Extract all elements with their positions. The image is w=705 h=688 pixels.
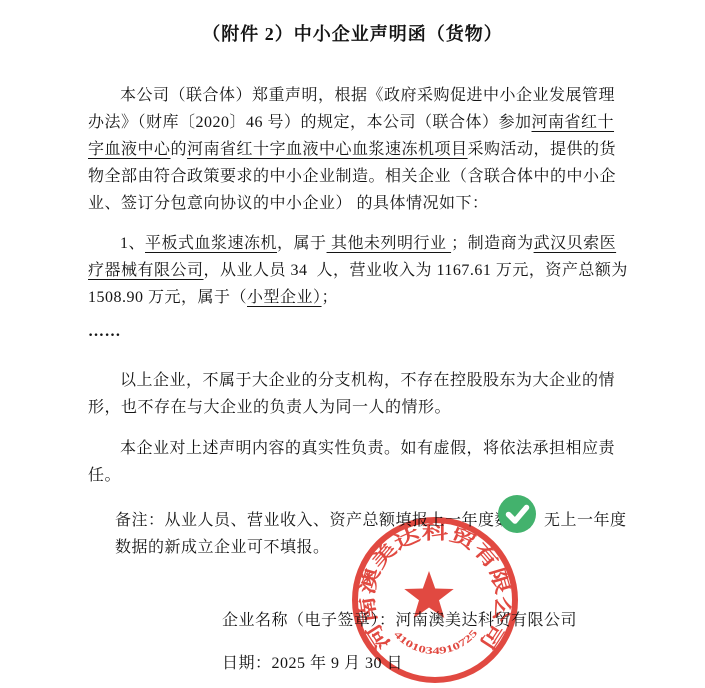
text-run: 1508.90 万元，属于（	[88, 289, 247, 306]
signature-date-line: 日期：2025 年 9 月 30 日	[222, 650, 705, 677]
text-line: 本企业对上述声明内容的真实性负责。如有虚假，将依法承担相应责	[88, 435, 620, 462]
text-run: 物全部由符合政策要求的中小企业制造。相关企业（含联合体中的中小企	[88, 168, 616, 185]
text-run: 数据的新成立企业可不填报。	[115, 539, 330, 556]
paragraph-note: 备注：从业人员、营业收入、资产总额填报上一年度数据，无上一年度数据的新成立企业可…	[88, 507, 620, 561]
text-run: ；	[322, 289, 339, 306]
declaration-document-page: { "title": "（附件 2）中小企业声明函（货物）", "body": …	[0, 0, 705, 688]
text-run: 形，也不存在与大企业的负责人为同一人的情形。	[88, 399, 451, 416]
text-run: ；制造商为	[451, 235, 534, 252]
text-line: 备注：从业人员、营业收入、资产总额填报上一年度数据，无上一年度	[115, 507, 620, 534]
text-line: 以上企业，不属于大企业的分支机构，不存在控股股东为大企业的情	[88, 367, 620, 394]
underlined-text-run: 其他未列明行业	[327, 235, 452, 252]
text-run: ，从业人员 34 人，营业收入为 1167.61 万元，资产总额为	[204, 262, 628, 279]
paragraph-p4: 本企业对上述声明内容的真实性负责。如有虚假，将依法承担相应责任。	[88, 435, 620, 489]
signature-valid-check-icon	[496, 493, 538, 535]
text-run: 本公司（联合体）郑重声明，根据《政府采购促进中小企业发展管理	[120, 87, 615, 104]
underlined-text-run: 字血液中心	[88, 141, 171, 158]
underlined-text-run: 疗器械有限公司	[88, 262, 204, 279]
page-title: （附件 2）中小企业声明函（货物）	[0, 0, 705, 48]
underlined-text-run: 武汉贝索医	[534, 235, 617, 252]
text-line: 业、签订分包意向协议的中小企业） 的具体情况如下：	[88, 190, 620, 217]
text-line: 字血液中心的河南省红十字血液中心血浆速冻机项目采购活动，提供的货	[88, 136, 620, 163]
text-line: 形，也不存在与大企业的负责人为同一人的情形。	[88, 394, 620, 421]
text-run: 1、	[120, 235, 145, 252]
text-run: 的	[171, 141, 188, 158]
text-run: 采购活动，提供的货	[468, 141, 617, 158]
text-line: 1508.90 万元，属于（小型企业）；	[88, 284, 620, 311]
text-run: 办法》（财库〔2020〕46 号）的规定，本公司（联合体）参加	[88, 114, 532, 131]
text-run: 任。	[88, 467, 121, 484]
text-line: 办法》（财库〔2020〕46 号）的规定，本公司（联合体）参加河南省红十	[88, 109, 620, 136]
text-line: 任。	[88, 462, 620, 489]
text-run: ，属于	[277, 235, 327, 252]
underlined-text-run: 河南省红十字血液中心血浆速冻机项目	[187, 141, 468, 158]
text-line: 疗器械有限公司，从业人员 34 人，营业收入为 1167.61 万元，资产总额为	[88, 257, 620, 284]
paragraph-p1: 本公司（联合体）郑重声明，根据《政府采购促进中小企业发展管理办法》（财库〔202…	[88, 82, 620, 217]
paragraph-p2: 1、平板式血浆速冻机，属于 其他未列明行业 ；制造商为武汉贝索医疗器械有限公司，…	[88, 230, 620, 311]
text-line: 物全部由符合政策要求的中小企业制造。相关企业（含联合体中的中小企	[88, 163, 620, 190]
paragraph-p3: 以上企业，不属于大企业的分支机构，不存在控股股东为大企业的情形，也不存在与大企业…	[88, 367, 620, 421]
text-run: 业、签订分包意向协议的中小企业） 的具体情况如下：	[88, 195, 489, 212]
text-line: 本公司（联合体）郑重声明，根据《政府采购促进中小企业发展管理	[88, 82, 620, 109]
text-run: 备注：从业人员、营业收入、资产总额填报上一年度数据，无上一年度	[115, 512, 627, 529]
underlined-text-run: 小型企业）	[247, 289, 322, 306]
text-line: ……	[88, 318, 620, 345]
document-body: 本公司（联合体）郑重声明，根据《政府采购促进中小企业发展管理办法》（财库〔202…	[88, 82, 620, 561]
paragraph-ellipsis: ……	[88, 318, 620, 345]
text-line: 1、平板式血浆速冻机，属于 其他未列明行业 ；制造商为武汉贝索医	[88, 230, 620, 257]
signature-block: 企业名称（电子签章）：河南澳美达科贸有限公司 日期：2025 年 9 月 30 …	[222, 607, 705, 677]
underlined-text-run: 平板式血浆速冻机	[145, 235, 277, 252]
text-line: 数据的新成立企业可不填报。	[115, 534, 620, 561]
text-run: 本企业对上述声明内容的真实性负责。如有虚假，将依法承担相应责	[120, 440, 615, 457]
text-run: ……	[88, 323, 121, 340]
signature-company-line: 企业名称（电子签章）：河南澳美达科贸有限公司	[222, 607, 705, 634]
underlined-text-run: 河南省红十	[532, 114, 615, 131]
text-run: 以上企业，不属于大企业的分支机构，不存在控股股东为大企业的情	[120, 372, 615, 389]
